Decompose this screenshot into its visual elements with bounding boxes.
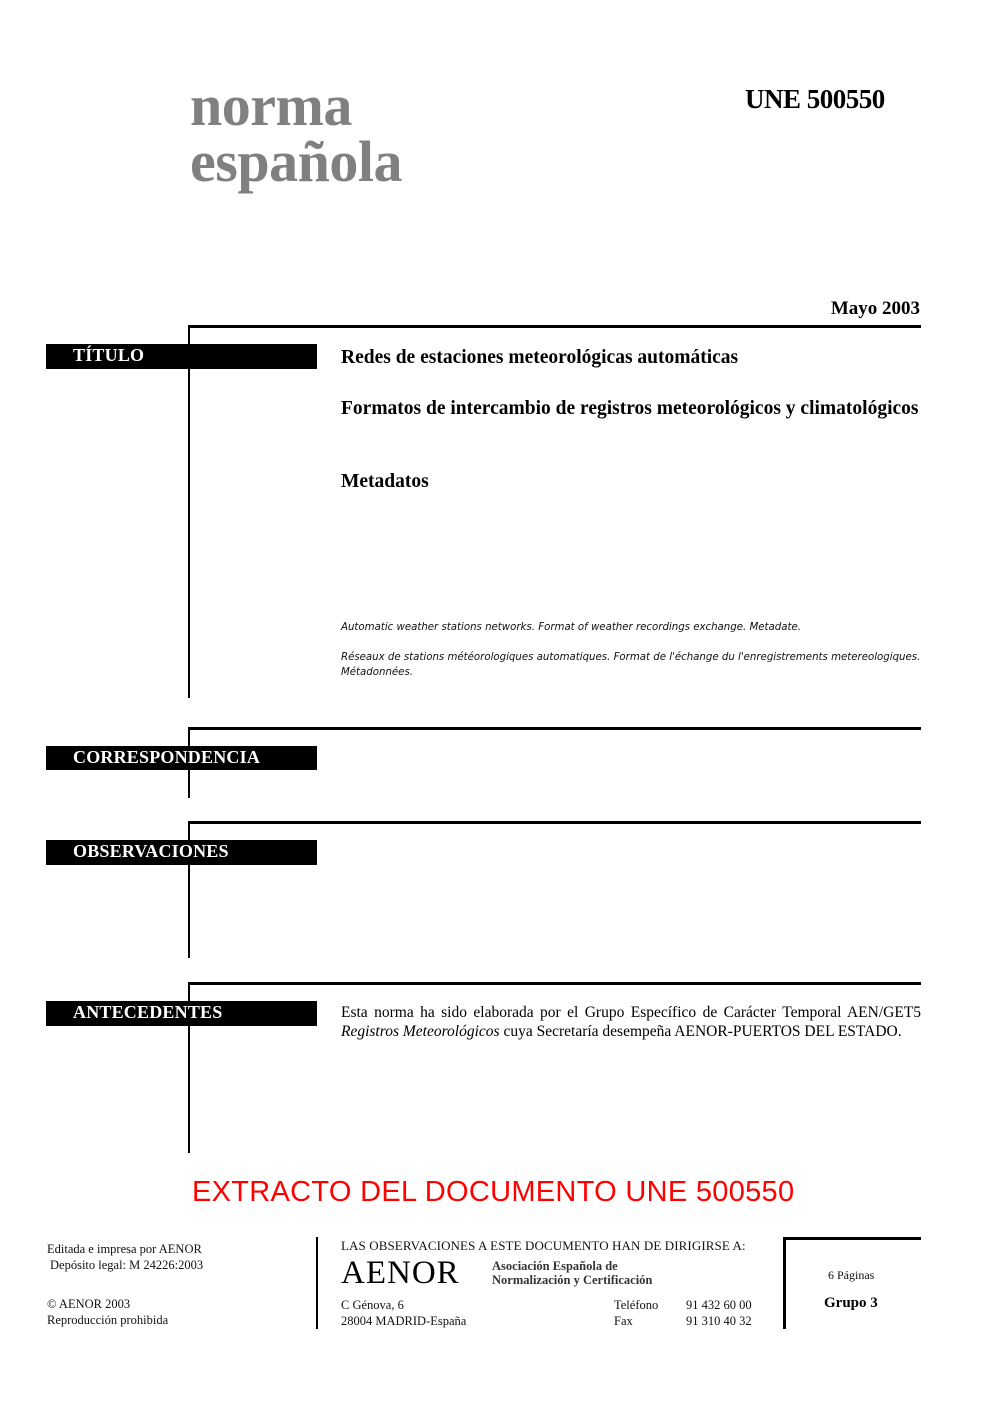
label-correspondencia: CORRESPONDENCIA (46, 746, 317, 770)
translation-french: Réseaux de stations météorologiques auto… (341, 650, 921, 680)
antecedentes-text: Esta norma ha sido elaborada por el Grup… (341, 1003, 921, 1041)
section-divider-observaciones (188, 821, 921, 824)
title-line-3: Metadatos (341, 470, 921, 494)
legal-deposit: Depósito legal: M 24226:2003 (47, 1257, 203, 1273)
antecedentes-text-part1: Esta norma ha sido elaborada por el Grup… (341, 1004, 921, 1021)
org-name-line-2: Normalización y Certificación (492, 1273, 652, 1287)
contact-labels: Teléfono Fax (614, 1297, 658, 1329)
section-vline-titulo (188, 325, 190, 698)
group-box-top-border (783, 1237, 921, 1240)
aenor-org-name: Asociación Española de Normalización y C… (492, 1259, 652, 1287)
footer-divider (316, 1237, 318, 1329)
address-street: C Génova, 6 (341, 1297, 466, 1313)
address-city: 28004 MADRID-España (341, 1313, 466, 1329)
observations-caption: LAS OBSERVACIONES A ESTE DOCUMENTO HAN D… (341, 1238, 746, 1254)
label-antecedentes: ANTECEDENTES (46, 1001, 317, 1026)
page-count: 6 Páginas (828, 1267, 874, 1283)
section-divider-titulo (188, 325, 921, 328)
brand-line-espanola: española (190, 134, 402, 190)
brand-title: norma española (190, 78, 402, 190)
title-line-2: Formatos de intercambio de registros met… (341, 397, 921, 421)
edited-by: Editada e impresa por AENOR (47, 1241, 203, 1257)
phone-number: 91 432 60 00 (686, 1297, 752, 1313)
aenor-logo: AENOR (341, 1254, 460, 1292)
antecedentes-text-part2: cuya Secretaría desempeña AENOR-PUERTOS … (500, 1023, 902, 1040)
reproduction-notice: Reproducción prohibida (47, 1312, 168, 1328)
publication-date: Mayo 2003 (831, 298, 920, 320)
section-divider-antecedentes (188, 982, 921, 985)
phone-label: Teléfono (614, 1297, 658, 1313)
contact-values: 91 432 60 00 91 310 40 32 (686, 1297, 752, 1329)
translation-english: Automatic weather stations networks. For… (341, 620, 921, 635)
extract-watermark: EXTRACTO DEL DOCUMENTO UNE 500550 (192, 1174, 794, 1210)
org-name-line-1: Asociación Española de (492, 1259, 652, 1273)
standard-code: UNE 500550 (745, 84, 885, 114)
fax-number: 91 310 40 32 (686, 1313, 752, 1329)
label-titulo: TÍTULO (46, 344, 317, 369)
address: C Génova, 6 28004 MADRID-España (341, 1297, 466, 1329)
group-box-left-border (783, 1237, 786, 1329)
footer-copyright-info: © AENOR 2003 Reproducción prohibida (47, 1296, 168, 1328)
fax-label: Fax (614, 1313, 658, 1329)
antecedentes-committee-name: Registros Meteorológicos (341, 1023, 500, 1040)
section-divider-correspondencia (188, 727, 921, 730)
price-group: Grupo 3 (824, 1295, 878, 1312)
footer-edition-info: Editada e impresa por AENOR Depósito leg… (47, 1241, 203, 1273)
title-line-1: Redes de estaciones meteorológicas autom… (341, 346, 921, 370)
copyright: © AENOR 2003 (47, 1296, 168, 1312)
label-observaciones: OBSERVACIONES (46, 840, 317, 865)
brand-line-norma: norma (190, 78, 402, 134)
